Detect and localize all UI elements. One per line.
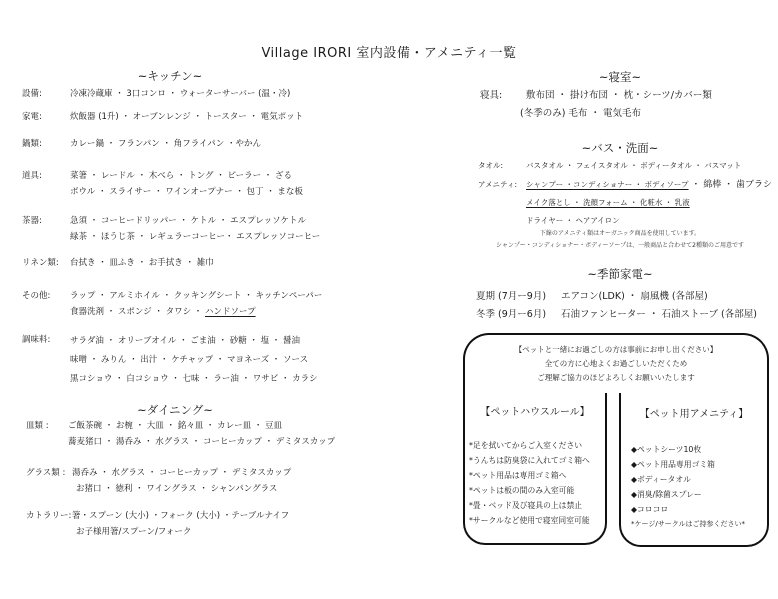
row-value: お子様用箸/スプーン/フォーク (72, 524, 289, 540)
bath-note-shampoo: シャンプー・コンディショナー・ボディーソープは、一般商品と合わせて2種類のご用意… (470, 240, 770, 252)
dining-row-cutlery: カトラリー: 箸・スプーン (大小) ・フォーク (大小) ・テーブルナイフ お… (26, 508, 289, 540)
row-value: 食器洗剤 ・ スポンジ ・ タワシ ・ (70, 307, 205, 317)
row-label: 皿類 : (26, 418, 68, 450)
bath-row-amenities: アメニティ: シャンプー ・コンディショナー ・ ボディソープ ・ 綿棒 ・ 歯… (478, 176, 772, 230)
kitchen-row-linens: リネン類: 台拭き ・ 皿ふき ・ お手拭き ・ 雑巾 (22, 255, 214, 271)
row-label: カトラリー: (26, 508, 72, 540)
pet-rule-item: *畳・ベッド及び寝具の上は禁止 (469, 498, 605, 513)
row-label: アメニティ: (478, 176, 526, 230)
pet-rule-item: *ペット用品は専用ゴミ箱へ (469, 468, 605, 483)
row-value: 冷凍冷蔵庫 ・ 3口コンロ ・ ウォーターサーバー (温・冷) (70, 86, 290, 102)
pet-intro: 【ペットと一緒にお過ごしの方は事前にお申し出ください】 全ての方に心地よくお過ご… (463, 343, 769, 385)
row-value: 菜箸 ・ レードル ・ 木べら ・ トング ・ ピーラー ・ ざる (70, 168, 303, 184)
bath-heading: ~バス・洗面~ (570, 140, 670, 156)
seasonal-row-summer: 夏期 (7月ー9月) エアコン(LDK) ・ 扇風機 (各部屋) (476, 288, 708, 306)
row-label: その他: (22, 288, 70, 320)
row-value: 黒コショウ ・ 白コショウ ・ 七味 ・ ラー油 ・ ワサビ ・ カラシ (70, 370, 318, 389)
pet-amenity-item: ◆コロコロ (631, 502, 767, 517)
page-title: Village IRORI 室内設備・アメニティ一覧 (0, 42, 778, 61)
bath-note-organic: 下線のアメニティ類はオーガニック商品を使用しています。 (470, 228, 770, 240)
kitchen-row-teaware: 茶器: 急須 ・ コーヒードリッパー ・ ケトル ・ エスプレッソケトル 緑茶 … (22, 213, 320, 245)
pet-amenities-list: ◆ペットシーツ10枚 ◆ペット用品専用ゴミ箱 ◆ボディータオル ◆消臭/除菌スプ… (621, 442, 767, 532)
dining-heading: ~ダイニング~ (110, 402, 240, 418)
pet-rules-box: 【ペットハウスルール】 *足を拭いてからご入室ください *うんちは防臭袋に入れて… (463, 393, 607, 545)
organic-amenities: メイク落とし ・ 洗顔フォーム ・ 化粧水 ・ 乳液 (526, 198, 690, 207)
season-period: 冬季 (9月ー6月) (476, 306, 561, 324)
row-value: ボウル ・ スライサー ・ ワインオープナー ・ 包丁 ・ まな板 (70, 184, 303, 200)
row-value: ラップ ・ アルミホイル ・ クッキングシート ・ キッチンペーパー (70, 288, 322, 304)
row-label: グラス類 : (26, 465, 72, 497)
kitchen-heading: ~キッチン~ (100, 68, 240, 84)
pet-amenity-item: ◆ボディータオル (631, 472, 767, 487)
row-value: バスタオル ・ フェイスタオル ・ ボディータオル ・ バスマット (526, 157, 741, 175)
season-items: 石油ファンヒーター ・ 石油ストーブ (各部屋) (561, 306, 757, 324)
row-value: (冬季のみ) 毛布 ・ 電気毛布 (520, 105, 712, 123)
pet-rule-item: *うんちは防臭袋に入れてゴミ箱へ (469, 453, 605, 468)
kitchen-row-other: その他: ラップ ・ アルミホイル ・ クッキングシート ・ キッチンペーパー … (22, 288, 322, 320)
pet-amenity-note: *ケージ/サークルはご持参ください* (631, 517, 767, 532)
pet-amenity-item: ◆ペットシーツ10枚 (631, 442, 767, 457)
row-value: 敷布団 ・ 掛け布団 ・ 枕・シーツ/カバー類 (526, 87, 712, 105)
row-label: 調味料: (22, 332, 70, 389)
seasonal-row-winter: 冬季 (9月ー6月) 石油ファンヒーター ・ 石油ストーブ (各部屋) (476, 306, 757, 324)
pet-rule-item: *サークルなど使用で寝室同室可能 (469, 513, 605, 528)
kitchen-row-pots: 鍋類: カレー鍋 ・ フランパン ・ 角フライパン ・やかん (22, 136, 261, 152)
row-value: 台拭き ・ 皿ふき ・ お手拭き ・ 雑巾 (70, 255, 214, 271)
pet-rules-heading: 【ペットハウスルール】 (465, 403, 605, 418)
pet-intro-line: 全ての方に心地よくお過ごしいただくため (463, 357, 769, 371)
row-value: 急須 ・ コーヒードリッパー ・ ケトル ・ エスプレッソケトル (70, 213, 320, 229)
kitchen-row-equipment: 設備: 冷凍冷蔵庫 ・ 3口コンロ ・ ウォーターサーバー (温・冷) (22, 86, 290, 102)
dining-row-dishes: 皿類 : ご飯茶碗 ・ お椀 ・ 大皿 ・ 銘々皿 ・ カレー皿 ・ 豆皿 蕎麦… (26, 418, 335, 450)
row-label: 家電: (22, 109, 70, 125)
row-value: 箸・スプーン (大小) ・フォーク (大小) ・テーブルナイフ (72, 508, 289, 524)
row-value: 湯呑み ・ 水グラス ・ コーヒーカップ ・ デミタスカップ (72, 465, 291, 481)
row-value: 蕎麦猪口 ・ 湯呑み ・ 水グラス ・ コーヒーカップ ・ デミタスカップ (68, 434, 335, 450)
row-value: お猪口 ・ 徳利 ・ ワイングラス ・ シャンパングラス (72, 481, 291, 497)
bedroom-row-bedding: 寝具: 敷布団 ・ 掛け布団 ・ 枕・シーツ/カバー類 (冬季のみ) 毛布 ・ … (480, 87, 712, 123)
pet-intro-line: 【ペットと一緒にお過ごしの方は事前にお申し出ください】 (463, 343, 769, 357)
pet-intro-line: ご理解ご協力のほどよろしくお願いいたします (463, 371, 769, 385)
row-value: 緑茶 ・ ほうじ茶 ・ レギュラーコーヒー・ エスプレッソコーヒー (70, 229, 320, 245)
row-value: ご飯茶碗 ・ お椀 ・ 大皿 ・ 銘々皿 ・ カレー皿 ・ 豆皿 (68, 418, 335, 434)
row-label: 茶器: (22, 213, 70, 245)
dining-row-glasses: グラス類 : 湯呑み ・ 水グラス ・ コーヒーカップ ・ デミタスカップ お猪… (26, 465, 291, 497)
pet-rule-item: *足を拭いてからご入室ください (469, 438, 605, 453)
row-value: 味噌 ・ みりん ・ 出汁 ・ ケチャップ ・ マヨネーズ ・ ソース (70, 351, 318, 370)
row-label: 鍋類: (22, 136, 70, 152)
season-items: エアコン(LDK) ・ 扇風機 (各部屋) (561, 288, 708, 306)
row-value: サラダ油 ・ オリーブオイル ・ ごま油 ・ 砂糖 ・ 塩 ・ 醤油 (70, 332, 318, 351)
season-period: 夏期 (7月ー9月) (476, 288, 561, 306)
pet-amenity-item: ◆ペット用品専用ゴミ箱 (631, 457, 767, 472)
row-label: 道具: (22, 168, 70, 200)
kitchen-row-appliances: 家電: 炊飯器 (1升) ・ オーブンレンジ ・ トースター ・ 電気ポット (22, 109, 303, 125)
row-value: ・ 綿棒 ・ 歯ブラシ (689, 180, 772, 190)
row-label: 設備: (22, 86, 70, 102)
pet-amenities-heading: 【ペット用アメニティ】 (621, 405, 767, 420)
row-value: カレー鍋 ・ フランパン ・ 角フライパン ・やかん (70, 136, 261, 152)
pet-rules-list: *足を拭いてからご入室ください *うんちは防臭袋に入れてゴミ箱へ *ペット用品は… (465, 438, 605, 528)
kitchen-row-seasonings: 調味料: サラダ油 ・ オリーブオイル ・ ごま油 ・ 砂糖 ・ 塩 ・ 醤油 … (22, 332, 318, 389)
pet-amenity-item: ◆消臭/除菌スプレー (631, 487, 767, 502)
kitchen-row-tools: 道具: 菜箸 ・ レードル ・ 木べら ・ トング ・ ピーラー ・ ざる ボウ… (22, 168, 303, 200)
organic-item: ハンドソープ (205, 307, 256, 317)
seasonal-heading: ~季節家電~ (565, 266, 675, 282)
pet-rule-item: *ペットは板の間のみ入室可能 (469, 483, 605, 498)
row-value: 炊飯器 (1升) ・ オーブンレンジ ・ トースター ・ 電気ポット (70, 109, 303, 125)
organic-amenities: シャンプー ・コンディショナー ・ ボディソープ (526, 180, 689, 189)
row-label: タオル: (478, 157, 526, 175)
pet-amenities-box: 【ペット用アメニティ】 ◆ペットシーツ10枚 ◆ペット用品専用ゴミ箱 ◆ボディー… (619, 393, 769, 547)
bedroom-heading: ~寝室~ (580, 69, 660, 85)
row-label: リネン類: (22, 255, 70, 271)
bath-row-towels: タオル: バスタオル ・ フェイスタオル ・ ボディータオル ・ バスマット (478, 157, 741, 175)
